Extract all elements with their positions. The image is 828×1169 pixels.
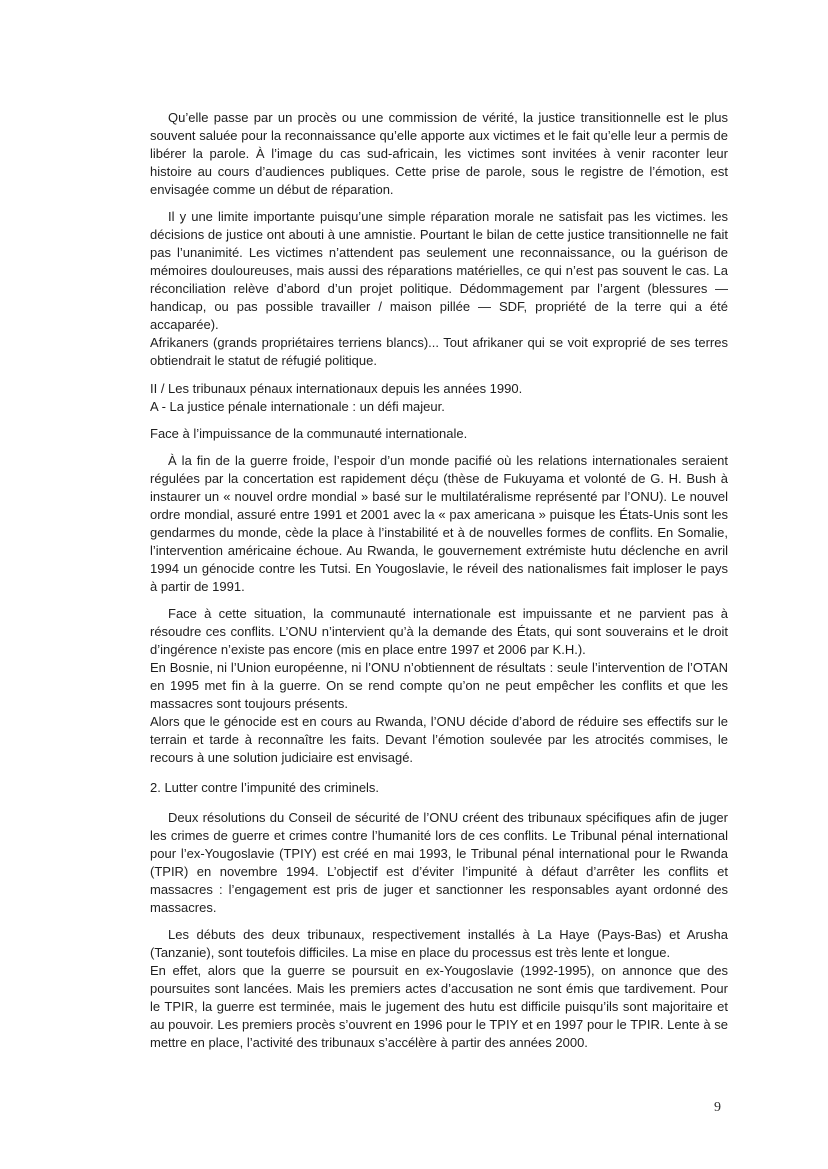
paragraph-limite-reparation: Il y une limite importante puisqu’une si… — [150, 208, 728, 334]
paragraph-debuts-tribunaux: Les débuts des deux tribunaux, respectiv… — [150, 926, 728, 962]
document-page: Qu’elle passe par un procès ou une commi… — [0, 0, 828, 1169]
text-column: Qu’elle passe par un procès ou une commi… — [150, 109, 728, 1052]
paragraph-en-effet-tpir: En effet, alors que la guerre se poursui… — [150, 962, 728, 1052]
paragraph-rwanda-onu: Alors que le génocide est en cours au Rw… — [150, 713, 728, 767]
heading-section-a: A - La justice pénale internationale : u… — [150, 398, 728, 416]
paragraph-resolutions-tribunaux: Deux résolutions du Conseil de sécurité … — [150, 809, 728, 917]
heading-lutter-impunite: 2. Lutter contre l’impunité des criminel… — [150, 779, 728, 797]
paragraph-justice-transitionnelle: Qu’elle passe par un procès ou une commi… — [150, 109, 728, 199]
line-face-impuissance: Face à l’impuissance de la communauté in… — [150, 425, 728, 443]
paragraph-guerre-froide: À la fin de la guerre froide, l’espoir d… — [150, 452, 728, 596]
paragraph-bosnie-otan: En Bosnie, ni l’Union européenne, ni l’O… — [150, 659, 728, 713]
paragraph-afrikaners: Afrikaners (grands propriétaires terrien… — [150, 334, 728, 370]
page-number: 9 — [714, 1100, 721, 1116]
heading-part-ii: II / Les tribunaux pénaux internationaux… — [150, 380, 728, 398]
paragraph-communaute-impuissante: Face à cette situation, la communauté in… — [150, 605, 728, 659]
